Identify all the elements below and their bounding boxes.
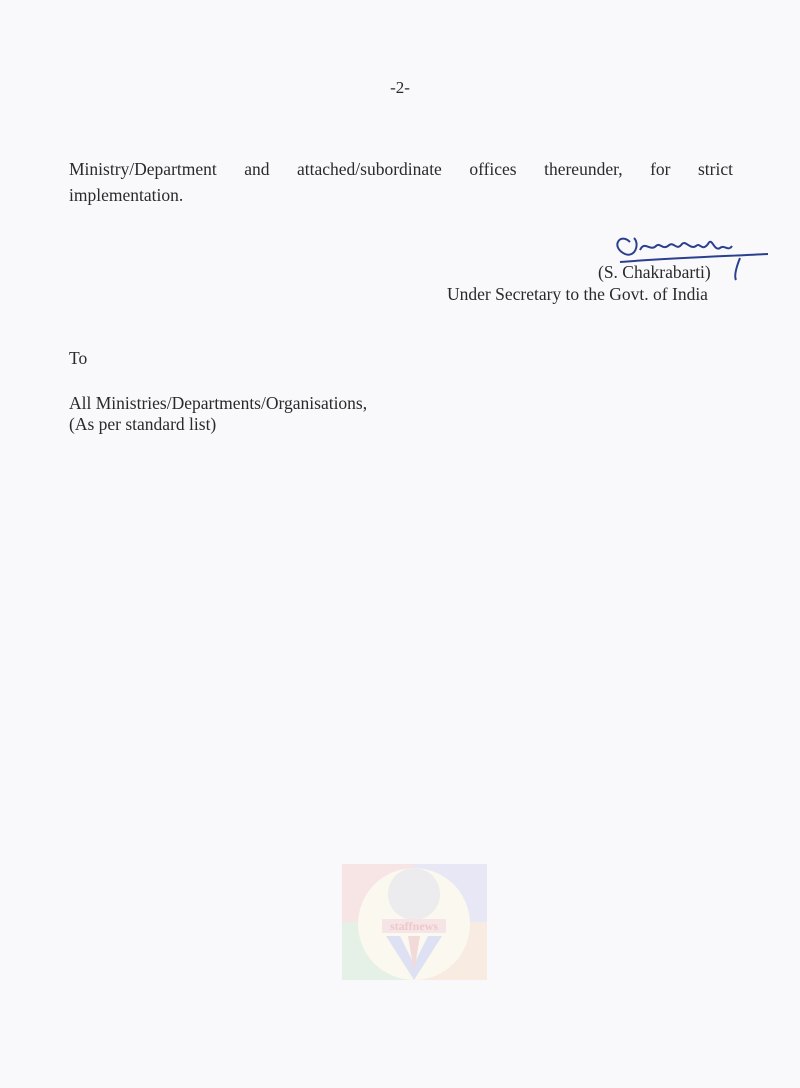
svg-text:staffnews: staffnews <box>390 919 438 933</box>
page-number: -2- <box>0 78 800 98</box>
body-paragraph: Ministry/Department and attached/subordi… <box>69 156 733 208</box>
addressee-line-2: (As per standard list) <box>69 414 216 435</box>
watermark-logo-icon: staffnews <box>342 864 487 980</box>
addressee-label: To <box>69 348 87 369</box>
signatory-designation: Under Secretary to the Govt. of India <box>447 284 708 305</box>
body-line-1: Ministry/Department and attached/subordi… <box>69 156 733 182</box>
signatory-name: (S. Chakrabarti) <box>598 262 711 283</box>
addressee-line-1: All Ministries/Departments/Organisations… <box>69 393 367 414</box>
body-line-2: implementation. <box>69 182 733 208</box>
